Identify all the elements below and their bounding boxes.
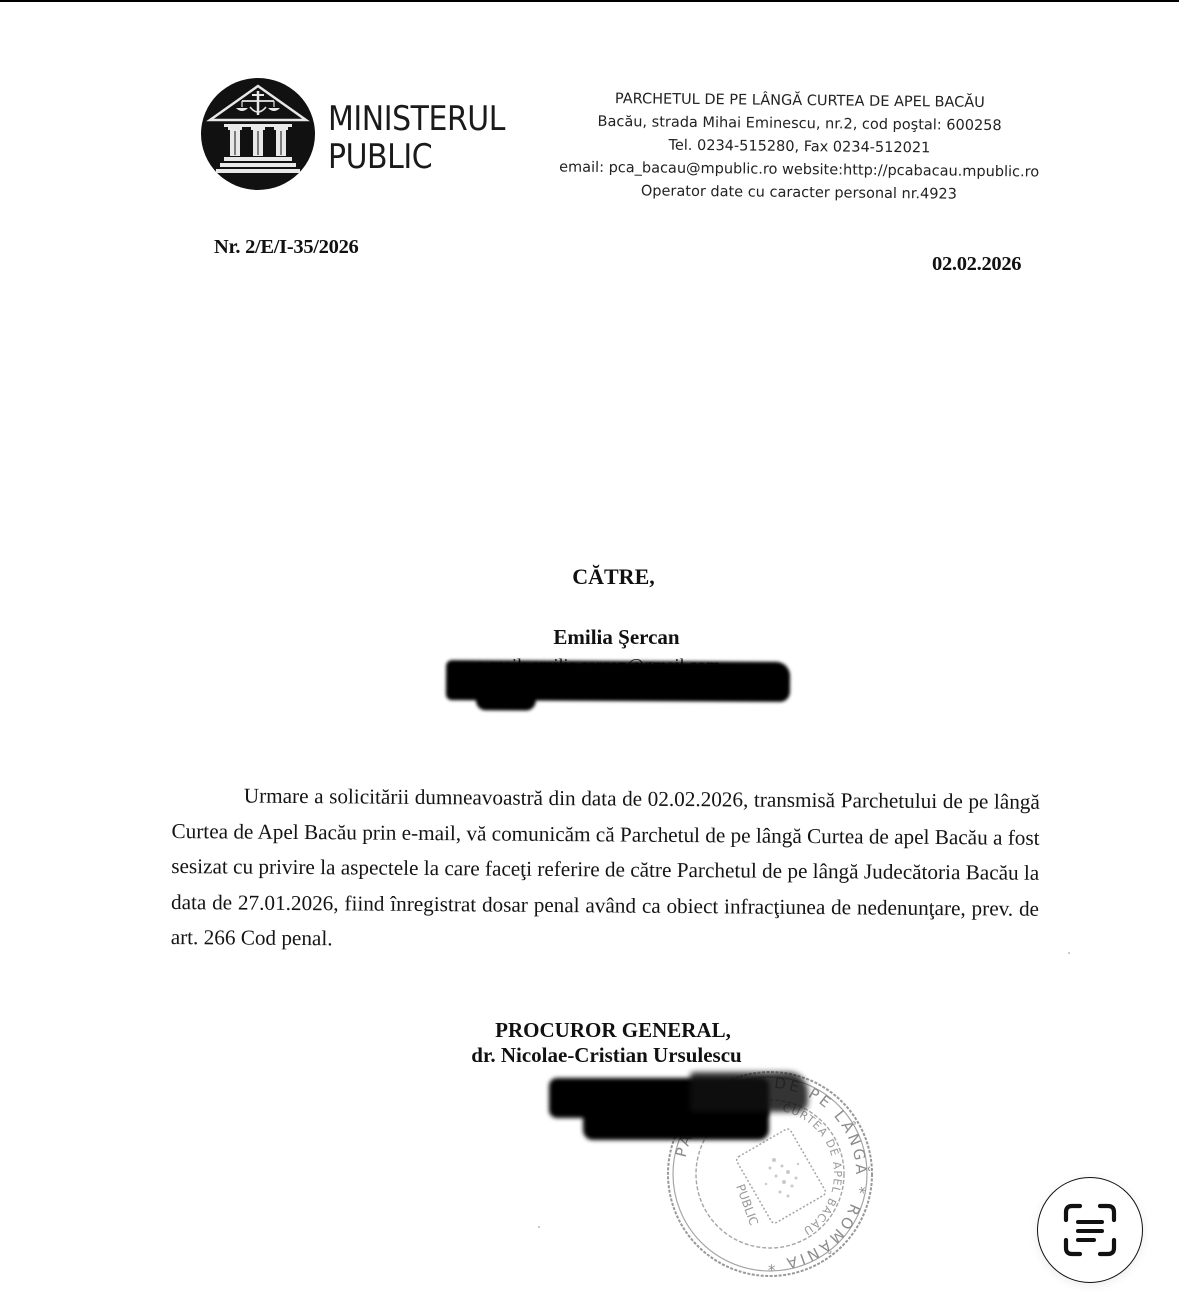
- signatory-title: PROCUROR GENERAL,: [0, 1018, 1179, 1043]
- signatory-name: dr. Nicolae-Cristian Ursulescu: [0, 1043, 1179, 1068]
- office-contact-block: PARCHETUL DE PE LÂNGĂ CURTEA DE APEL BAC…: [529, 87, 1070, 208]
- letter-body-paragraph: Urmare a solicitării dumneavoastră din d…: [171, 778, 1040, 962]
- signature-redaction-mark-lower: [583, 1108, 769, 1140]
- registration-number: Nr. 2/E/I-35/2026: [214, 236, 359, 259]
- document-date: 02.02.2026: [932, 253, 1021, 276]
- recipient-name: Emilia Şercan: [0, 625, 1179, 650]
- signature-redaction-mark-smudge: [690, 1072, 808, 1112]
- scan-speck: [1068, 952, 1070, 954]
- stamp-public-text: PUBLIC: [733, 1182, 761, 1227]
- ministry-logo: [200, 77, 316, 191]
- top-border: [0, 0, 1179, 2]
- scan-speck: [538, 1226, 540, 1228]
- ministry-name-line2: PUBLIC: [328, 138, 505, 176]
- ministry-temple-scales-icon: [200, 77, 316, 191]
- live-text-button[interactable]: [1037, 1177, 1143, 1283]
- addressee-label: CĂTRE,: [0, 564, 1179, 590]
- live-text-scan-icon: [1062, 1202, 1118, 1258]
- ministry-name-line1: MINISTERUL: [328, 100, 505, 138]
- ministry-name: MINISTERUL PUBLIC: [328, 100, 505, 176]
- email-redaction-mark: [446, 660, 790, 702]
